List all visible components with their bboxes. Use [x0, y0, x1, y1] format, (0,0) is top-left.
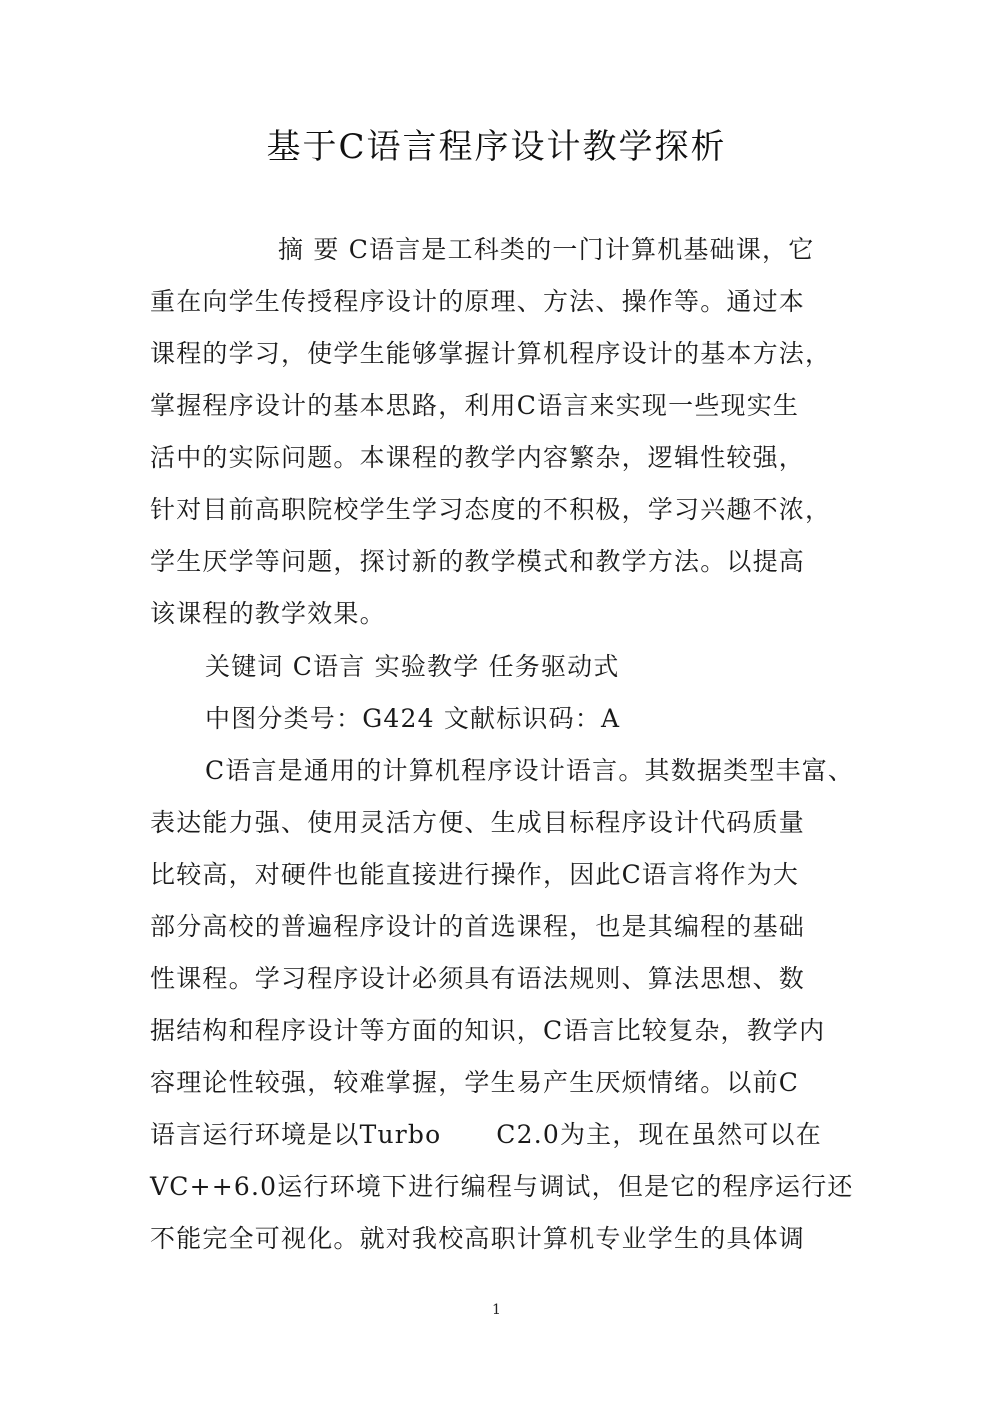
- body-line: 表达能力强、使用灵活方便、生成目标程序设计代码质量: [150, 805, 805, 841]
- abstract-line: 针对目前高职院校学生学习态度的不积极，学习兴趣不浓，: [150, 492, 831, 528]
- body-line: 部分高校的普遍程序设计的首选课程，也是其编程的基础: [150, 909, 805, 945]
- body-line: 据结构和程序设计等方面的知识，C语言比较复杂，教学内: [150, 1013, 825, 1049]
- body-line: 性课程。学习程序设计必须具有语法规则、算法思想、数: [150, 961, 805, 997]
- page-number: 1: [0, 1301, 993, 1319]
- body-line: 容理论性较强，较难掌握，学生易产生厌烦情绪。以前C: [150, 1065, 799, 1101]
- body-line: 语言运行环境是以Turbo C2.0为主，现在虽然可以在: [150, 1117, 822, 1153]
- body-line: 不能完全可视化。就对我校高职计算机专业学生的具体调: [150, 1221, 805, 1257]
- abstract-line: 摘 要 C语言是工科类的一门计算机基础课，它: [278, 232, 814, 268]
- keywords: 关键词 C语言 实验教学 任务驱动式: [205, 649, 620, 685]
- abstract-line: 掌握程序设计的基本思路，利用C语言来实现一些现实生: [150, 388, 799, 424]
- document-page: 基于C语言程序设计教学探析 摘 要 C语言是工科类的一门计算机基础课，它 重在向…: [0, 0, 993, 1404]
- body-line: C语言是通用的计算机程序设计语言。其数据类型丰富、: [205, 753, 854, 789]
- abstract-line: 活中的实际问题。本课程的教学内容繁杂，逻辑性较强，: [150, 440, 805, 476]
- abstract-line: 学生厌学等问题，探讨新的教学模式和教学方法。以提高: [150, 544, 805, 580]
- abstract-line: 课程的学习，使学生能够掌握计算机程序设计的基本方法，: [150, 336, 831, 372]
- body-line: VC++6.0运行环境下进行编程与调试，但是它的程序运行还: [150, 1169, 854, 1205]
- classification-codes: 中图分类号：G424 文献标识码：A: [205, 701, 620, 737]
- body-line: 比较高，对硬件也能直接进行操作，因此C语言将作为大: [150, 857, 799, 893]
- document-title: 基于C语言程序设计教学探析: [0, 122, 993, 172]
- abstract-line: 该课程的教学效果。: [150, 596, 386, 632]
- abstract-line: 重在向学生传授程序设计的原理、方法、操作等。通过本: [150, 284, 805, 320]
